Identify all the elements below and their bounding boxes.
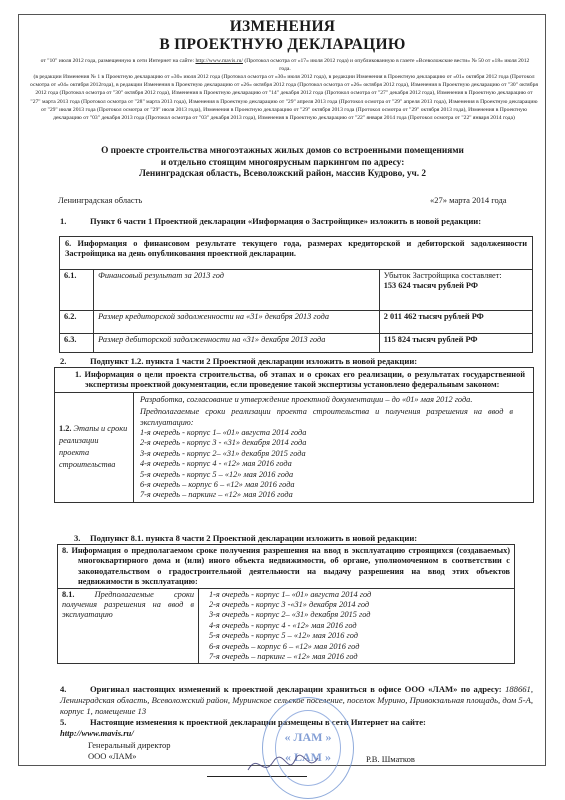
company-stamp: « ЛАМ » « LAM » <box>262 697 354 799</box>
revisions-text: (в редакции Изменения № 1 в Проектную де… <box>30 73 538 122</box>
section2-heading: 2.Подпункт 1.2. пункта 1 части 2 Проектн… <box>60 356 532 367</box>
row-label: Финансовый результат за 2013 год <box>94 270 380 311</box>
row-number: 1.2. <box>59 424 71 433</box>
section3-text: Подпункт 8.1. пункта 8 части 2 Проектной… <box>90 533 417 543</box>
stage-item: 7-я очередь – паркинг – «12» мая 2016 го… <box>140 490 513 500</box>
stamp-text-top: « ЛАМ » <box>263 730 353 745</box>
stage-item: 2-я очередь - корпус 3 -«31» декабря 201… <box>209 600 510 610</box>
stage-item: 5-я очередь - корпус 5 – «12» мая 2016 г… <box>209 631 510 641</box>
stage-item: 1-я очередь - корпус 1– «01» августа 201… <box>209 590 510 600</box>
row-label: Размер кредиторской задолженности на «31… <box>94 311 380 334</box>
section2-table: 1. Информация о цели проекта строительст… <box>54 367 534 503</box>
row-number: 8.1. <box>62 590 74 599</box>
stage-item: 4-я очередь - корпус 4 - «12» мая 2016 г… <box>209 621 510 631</box>
stage-item: 2-я очередь - корпус 3 - «31» декабря 20… <box>140 438 513 448</box>
section3-table-header: 8. Информация о предполагаемом сроке пол… <box>58 545 515 589</box>
section2-table-header: 1. Информация о цели проекта строительст… <box>55 368 534 393</box>
stage-item: 7-я очередь – паркинг – «12» мая 2016 го… <box>209 652 510 662</box>
table-row: 1.2. Этапы и сроки реализации проекта ст… <box>55 392 534 502</box>
row-value: 2 011 462 тысяч рублей РФ <box>379 311 532 334</box>
section5-text: Настоящие изменения к проектной декларац… <box>90 717 426 727</box>
table-header-row: 1. Информация о цели проекта строительст… <box>55 368 534 393</box>
content-intro: Разработка, согласование и утверждение п… <box>140 395 513 405</box>
place-label: Ленинградская область <box>58 195 142 205</box>
row-number: 6.2. <box>60 311 94 334</box>
table-row: 6.2. Размер кредиторской задолженности н… <box>60 311 533 334</box>
row-label-cell: 1.2. Этапы и сроки реализации проекта ст… <box>55 392 134 502</box>
intro-link[interactable]: http://www.mavis.ru/ <box>195 58 243 64</box>
table-row: 6.3. Размер дебиторской задолженности на… <box>60 334 533 353</box>
row-value: 115 824 тысяч рублей РФ <box>379 334 532 353</box>
row-number: 6.1. <box>60 270 94 311</box>
row-content-cell: Разработка, согласование и утверждение п… <box>134 392 534 502</box>
row-value-pre: Убыток Застройщика составляет: <box>384 271 528 281</box>
stage-item: 5-я очередь - корпус 5 – «12» мая 2016 г… <box>140 470 513 480</box>
section2-number: 2. <box>60 356 90 367</box>
subject-line2: и отдельно стоящим многоярусным паркинго… <box>20 158 545 170</box>
section4-bold-text: Оригинал настоящих изменений к проектной… <box>90 684 502 694</box>
row-content-cell: 1-я очередь - корпус 1– «01» августа 201… <box>199 588 515 664</box>
section5-number: 5. <box>60 717 90 728</box>
signature-scribble <box>243 750 323 780</box>
table-row: 6.1. Финансовый результат за 2013 год Уб… <box>60 270 533 311</box>
stage-item: 1-я очередь - корпус 1– «01» августа 201… <box>140 428 513 438</box>
table-header-row: 8. Информация о предполагаемом сроке пол… <box>58 545 515 589</box>
signer-company: ООО «ЛАМ» <box>88 751 171 762</box>
row-label: Предполагаемые сроки получения разрешени… <box>62 590 194 620</box>
intro-text: от "10" июля 2012 года, размещенную в се… <box>40 57 530 73</box>
signature-block: Генеральный директор ООО «ЛАМ» <box>88 740 171 762</box>
document-title-line2: В ПРОЕКТНУЮ ДЕКЛАРАЦИЮ <box>0 36 565 54</box>
intro-before-link: от "10" июля 2012 года, размещенную в се… <box>41 58 196 64</box>
stage-item: 3-я очередь - корпус 2– «31» декабря 201… <box>209 610 510 620</box>
stage-item: 6-я очередь – корпус 6 – «12» мая 2016 г… <box>209 642 510 652</box>
intro-after-link: (Протокол осмотра от «17» июля 2012 года… <box>243 58 529 72</box>
section1-heading: 1.Пункт 6 части 1 Проектной декларации «… <box>60 216 532 227</box>
row-value-cell: Убыток Застройщика составляет: 153 624 т… <box>379 270 532 311</box>
table-header-row: 6. Информация о финансовом результате те… <box>60 237 533 270</box>
subject-line3: Ленинградская область, Всеволожский райо… <box>20 169 545 181</box>
section1-text: Пункт 6 части 1 Проектной декларации «Ин… <box>90 216 481 226</box>
row-value: 153 624 тысяч рублей РФ <box>384 281 528 291</box>
section4-number: 4. <box>60 684 90 695</box>
stage-item: 6-я очередь – корпус 6 – «12» мая 2016 г… <box>140 480 513 490</box>
row-number: 6.3. <box>60 334 94 353</box>
section1-number: 1. <box>60 216 90 227</box>
section2-text: Подпункт 1.2. пункта 1 части 2 Проектной… <box>90 356 417 366</box>
document-date: «27» марта 2014 года <box>430 195 507 205</box>
table-row: 8.1. Предполагаемые сроки получения разр… <box>58 588 515 664</box>
signer-position: Генеральный директор <box>88 740 171 751</box>
subject-block: О проекте строительства многоэтажных жил… <box>20 146 545 181</box>
row-label: Размер дебиторской задолженности на «31»… <box>94 334 380 353</box>
signer-name: Р.В. Шматков <box>366 754 415 764</box>
section1-table-header: 6. Информация о финансовом результате те… <box>60 237 533 270</box>
document-title-line1: ИЗМЕНЕНИЯ <box>0 18 565 36</box>
stage-item: 4-я очередь - корпус 4 - «12» мая 2016 г… <box>140 459 513 469</box>
row-label-cell: 8.1. Предполагаемые сроки получения разр… <box>58 588 199 664</box>
content-sub: Предполагаемые сроки реализации проекта … <box>140 407 513 428</box>
section3-table: 8. Информация о предполагаемом сроке пол… <box>57 544 515 664</box>
section1-table: 6. Информация о финансовом результате те… <box>59 236 533 353</box>
subject-line1: О проекте строительства многоэтажных жил… <box>20 146 545 158</box>
stage-item: 3-я очередь - корпус 2– «31» декабря 201… <box>140 449 513 459</box>
section3-number: 3. <box>74 533 90 544</box>
section3-heading: 3.Подпункт 8.1. пункта 8 части 2 Проектн… <box>74 533 534 544</box>
